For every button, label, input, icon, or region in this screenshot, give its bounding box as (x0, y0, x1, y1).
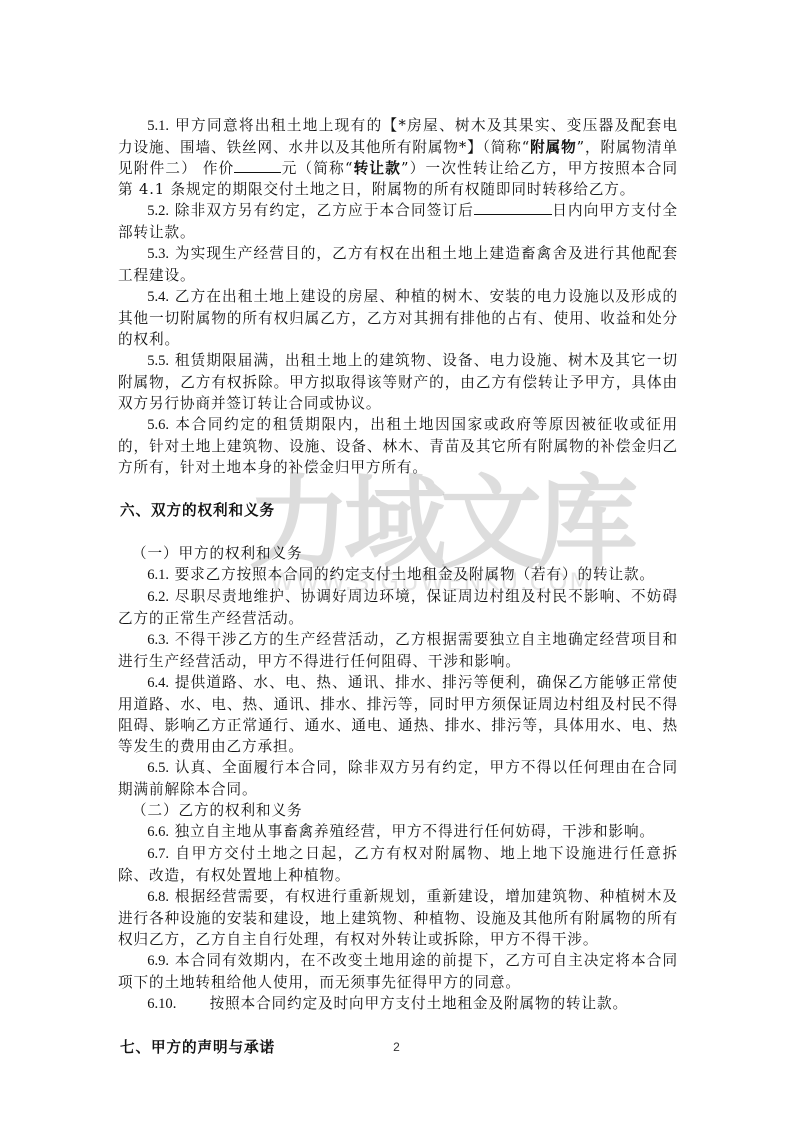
clause-5-1: 5.1. 甲方同意将出租土地上现有的【*房屋、树木及其果实、变压器及配套电力设施… (118, 115, 678, 200)
clause-5-4: 5.4. 乙方在出租土地上建设的房屋、种植的树木、安装的电力设施以及形成的其他一… (118, 286, 678, 350)
clause-6-4: 6.4. 提供道路、水、电、热、通讯、排水、排污等便利，确保乙方能够正常使用道路… (118, 672, 678, 757)
clause-6-2: 6.2. 尽职尽责地维护、协调好周边环境，保证周边村组及村民不影响、不妨碍乙方的… (118, 586, 678, 629)
clause-6-10: 6.10. 按照本合同约定及时向甲方支付土地租金及附属物的转让款。 (118, 993, 678, 1015)
clause-5-2: 5.2. 除非双方另有约定，乙方应于本合同签订后日内向甲方支付全部转让款。 (118, 200, 678, 243)
clause-6-8: 6.8. 根据经营需要，有权进行重新规划，重新建设，增加建筑物、种植树木及进行各… (118, 886, 678, 950)
subheading-party-a: （一）甲方的权利和义务 (118, 543, 678, 564)
price-blank-field[interactable] (234, 158, 281, 173)
clause-6-6: 6.6. 独立自主地从事畜禽养殖经营，甲方不得进行任何妨碍，干涉和影响。 (118, 821, 678, 843)
days-blank-field[interactable] (474, 200, 552, 215)
document-page: 力域文库 WWW.SIGUWENKU.COM 5.1. 甲方同意将出租土地上现有… (0, 0, 793, 1122)
page-number: 2 (0, 1040, 793, 1054)
clause-5-6: 5.6. 本合同约定的租赁期限内，出租土地因国家或政府等原因被征收或征用的，针对… (118, 414, 678, 478)
defined-term-transfer-payment: 转让款 (353, 160, 401, 177)
subheading-party-b: （二）乙方的权利和义务 (118, 800, 678, 821)
document-body: 5.1. 甲方同意将出租土地上现有的【*房屋、树木及其果实、变压器及配套电力设施… (118, 115, 678, 1080)
section-heading-6: 六、双方的权利和义务 (118, 500, 678, 521)
clause-6-3: 6.3. 不得干涉乙方的生产经营活动，乙方根据需要独立自主地确定经营项目和进行生… (118, 629, 678, 672)
clause-6-5: 6.5. 认真、全面履行本合同，除非双方另有约定，甲方不得以任何理由在合同期满前… (118, 757, 678, 800)
clause-5-3: 5.3. 为实现生产经营目的，乙方有权在出租土地上建造畜禽舍及进行其他配套工程建… (118, 243, 678, 286)
clause-6-1: 6.1. 要求乙方按照本合同的约定支付土地租金及附属物（若有）的转让款。 (118, 564, 678, 586)
clause-6-9: 6.9. 本合同有效期内，在不改变土地用途的前提下，乙方可自主决定将本合同项下的… (118, 950, 678, 993)
clause-6-7: 6.7. 自甲方交付土地之日起，乙方有权对附属物、地上地下设施进行任意拆除、改造… (118, 843, 678, 886)
defined-term-attachments: 附属物 (530, 139, 577, 156)
clause-5-5: 5.5. 租赁期限届满，出租土地上的建筑物、设备、电力设施、树木及其它一切附属物… (118, 350, 678, 414)
